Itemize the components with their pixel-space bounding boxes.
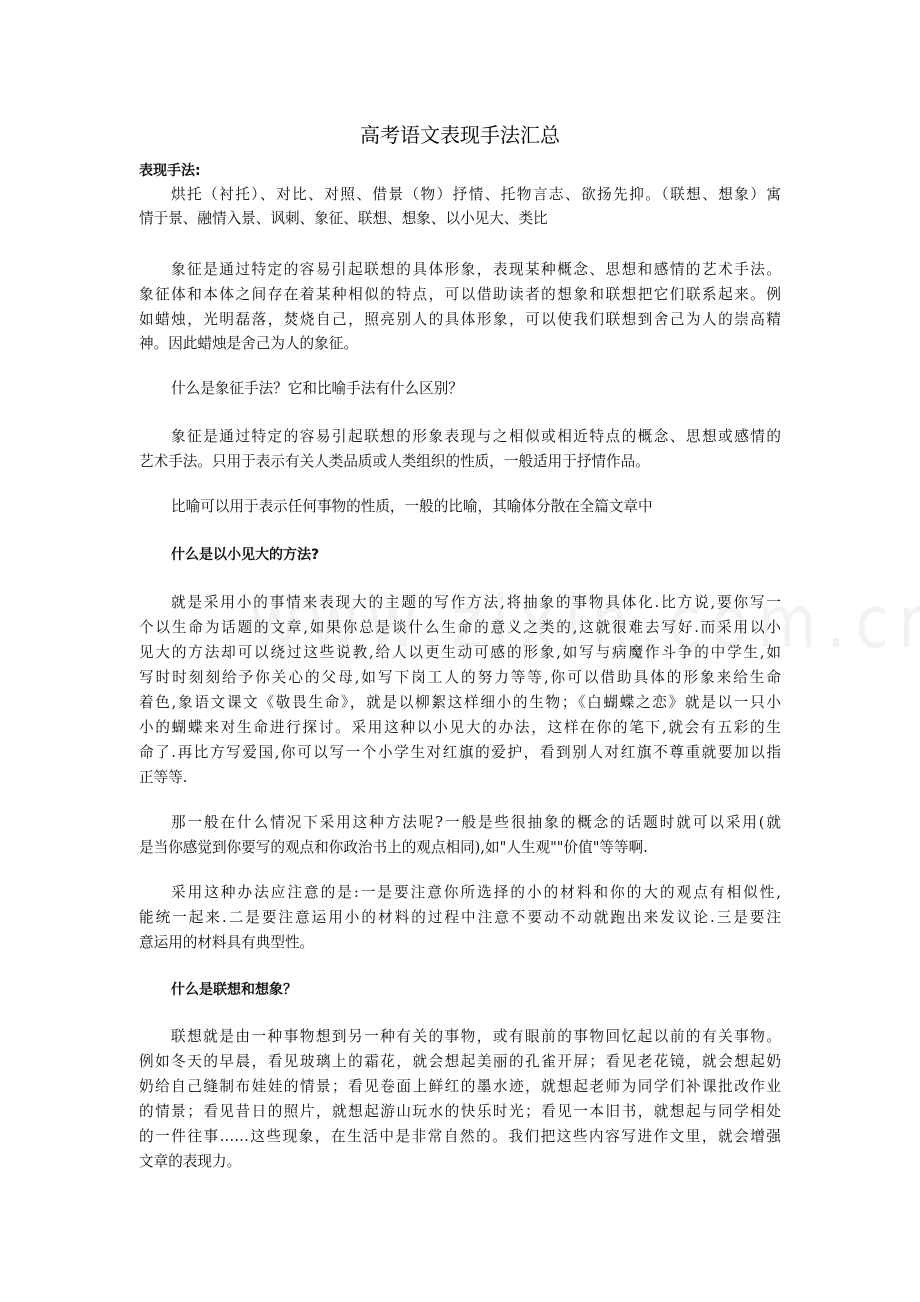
text-line: 命了.再比方写爱国,你可以写一个小学生对红旗的爱护，看到别人对红旗不尊重就要加以…: [139, 743, 781, 763]
text-line: 写时时刻刻给予你关心的父母,如写下岗工人的努力等等,你可以借助具体的形象来给生命: [139, 668, 781, 688]
text-line: 个以生命为话题的文章,如果你总是谈什么生命的意义之类的,这就很难去写好.而采用以…: [139, 618, 781, 638]
section-heading: 表现手法:: [139, 161, 781, 181]
text-line: 小的蝴蝶来对生命进行探讨。采用这种以小见大的办法，这样在你的笔下,就会有五彩的生: [139, 718, 781, 738]
text-line: 文章的表现力。: [139, 1152, 781, 1172]
text-line: 例如冬天的早晨，看见玻璃上的霜花，就会想起美丽的孔雀开屏；看见老花镜，就会想起奶: [139, 1052, 781, 1072]
text-line: 的一件往事……这些现象，在生活中是非常自然的。我们把这些内容写进作文里，就会增强: [139, 1127, 781, 1147]
text-line: 象征体和本体之间存在着某种相似的特点，可以借助读者的想象和联想把它们联系起来。例: [139, 285, 781, 305]
text-line: 采用这种办法应注意的是:一是要注意你所选择的小的材料和你的大的观点有相似性,: [139, 883, 781, 903]
text-line: 艺术手法。只用于表示有关人类品质或人类组织的性质，一般适用于抒情作品。: [139, 452, 781, 472]
document-page: 高考语文表现手法汇总 www.zixin.com.cn 表现手法:烘托（衬托）、…: [0, 0, 920, 1302]
text-line: 那一般在什么情况下采用这种方法呢?一般是些很抽象的概念的话题时就可以采用(就: [139, 813, 781, 833]
text-line: 是当你感觉到你要写的观点和你政治书上的观点相同),如"人生观""价值"等等啊.: [139, 838, 781, 858]
text-line: 象征是通过特定的容易引起联想的形象表现与之相似或相近特点的概念、思想或感情的: [139, 427, 781, 447]
text-line: 见大的方法却可以绕过这些说教,给人以更生动可感的形象,如写与病魔作斗争的中学生,…: [139, 643, 781, 663]
section-heading: 什么是联想和想象？: [139, 980, 781, 1000]
text-line: 什么是象征手法？它和比喻手法有什么区别？: [139, 379, 781, 399]
text-line: 的情景；看见昔日的照片，就想起游山玩水的快乐时光；看见一本旧书，就想起与同学相处: [139, 1102, 781, 1122]
text-line: 情于景、融情入景、讽刺、象征、联想、想象、以小见大、类比: [139, 209, 781, 229]
text-line: 如蜡烛，光明磊落，焚烧自己，照亮别人的具体形象，可以使我们联想到舍己为人的崇高精: [139, 310, 781, 330]
text-line: 神。因此蜡烛是舍己为人的象征。: [139, 334, 781, 354]
text-line: 联想就是由一种事物想到另一种有关的事物，或有眼前的事物回忆起以前的有关事物。: [139, 1027, 781, 1047]
text-line: 象征是通过特定的容易引起联想的具体形象，表现某种概念、思想和感情的艺术手法。: [139, 260, 781, 280]
text-line: 烘托（衬托）、对比、对照、借景（物）抒情、托物言志、欲扬先抑。（联想、想象）寓: [139, 185, 781, 205]
text-line: 就是采用小的事情来表现大的主题的写作方法,将抽象的事物具体化.比方说,要你写一: [139, 593, 781, 613]
document-title: 高考语文表现手法汇总: [0, 122, 920, 148]
text-line: 着色,象语文课文《敬畏生命》，就是以柳絮这样细小的生物；《白蝴蝶之恋》就是以一只…: [139, 693, 781, 713]
section-heading: 什么是以小见大的方法?: [139, 545, 781, 565]
text-line: 奶给自己缝制布娃娃的情景；看见卷面上鲜红的墨水迹，就想起老师为同学们补课批改作业: [139, 1077, 781, 1097]
text-line: 能统一起来.二是要注意运用小的材料的过程中注意不要动不动就跑出来发议论.三是要注: [139, 908, 781, 928]
text-line: 比喻可以用于表示任何事物的性质，一般的比喻，其喻体分散在全篇文章中: [139, 497, 781, 517]
text-line: 正等等.: [139, 768, 781, 788]
text-line: 意运用的材料具有典型性。: [139, 933, 781, 953]
